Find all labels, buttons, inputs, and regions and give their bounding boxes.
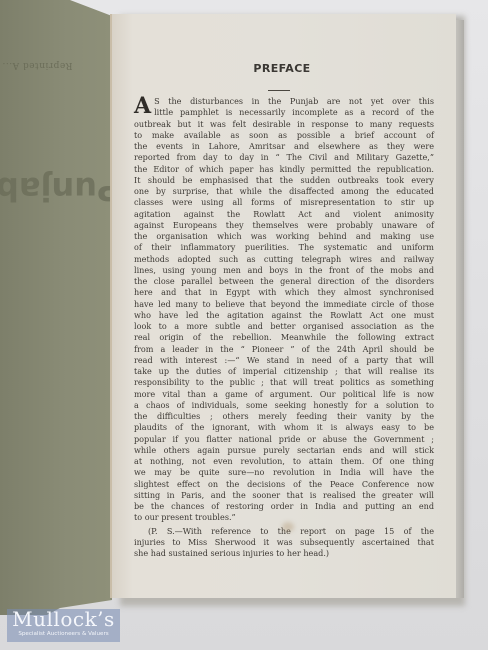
text-line: methods adopted such as cutting telegrap… [134, 254, 434, 265]
text-line: we may be quite sure—no revolution in In… [134, 467, 434, 478]
text-line: classes were using all forms of misrepre… [134, 197, 434, 208]
text-line: little pamphlet is necessarily incomplet… [134, 107, 434, 118]
preface-body: A S the disturbances in the Punjab are n… [134, 96, 434, 559]
auction-watermark: Mullock’s Specialist Auctioneers & Value… [7, 609, 120, 642]
watermark-name: Mullock’s [7, 609, 120, 630]
text-line: here and that in Egypt with which they a… [134, 287, 434, 298]
text-line: one by surprise, that while the disaffec… [134, 186, 434, 197]
text-line: It should be emphasised that the sudden … [134, 175, 434, 186]
text-line: agitation against the Rowlatt Act and vi… [134, 209, 434, 220]
text-line: slightest effect on the decisions of the… [134, 479, 434, 490]
text-line: have led many to believe that beyond the… [134, 299, 434, 310]
preface-lines: S the disturbances in the Punjab are not… [134, 96, 434, 524]
paper-stain [282, 522, 294, 532]
text-line: the difficulties ; others merely feeding… [134, 411, 434, 422]
text-line: the close parallel between the general d… [134, 276, 434, 287]
title-rule [268, 90, 290, 91]
text-line: read with interest :—“ We stand in need … [134, 355, 434, 366]
text-line: injuries to Miss Sherwood it was subsequ… [134, 537, 434, 548]
text-line: while others again pursue purely sectari… [134, 445, 434, 456]
text-line: a chaos of individuals, some seeking hon… [134, 400, 434, 411]
text-line: against Europeans they themselves were p… [134, 220, 434, 231]
text-line: of their inflammatory puerilities. The s… [134, 242, 434, 253]
text-line: look to a more subtle and better organis… [134, 321, 434, 332]
text-line: sitting in Paris, and the sooner that is… [134, 490, 434, 501]
watermark-tagline: Specialist Auctioneers & Valuers [7, 630, 120, 638]
text-line: the organisation which was working behin… [134, 231, 434, 242]
text-line: from a leader in the “ Pioneer ” of the … [134, 344, 434, 355]
cover-label: Reprinted A... [2, 60, 73, 70]
text-line: responsibility to the public ; that will… [134, 377, 434, 388]
text-line: outbreak but it was felt desirable in re… [134, 119, 434, 130]
text-line: take up the duties of imperial citizensh… [134, 366, 434, 377]
text-line: she had sustained serious injuries to he… [134, 548, 434, 559]
text-line: lines, using young men and boys in the f… [134, 265, 434, 276]
text-line: the Editor of which paper has kindly per… [134, 164, 434, 175]
pamphlet-cover [0, 0, 112, 615]
text-line: S the disturbances in the Punjab are not… [134, 96, 434, 107]
text-line: to make available as soon as possible a … [134, 130, 434, 141]
text-line: be the chances of restoring order in Ind… [134, 501, 434, 512]
text-line: the events in Lahore, Amritsar and elsew… [134, 141, 434, 152]
text-line: real origin of the rebellion. Meanwhile … [134, 332, 434, 343]
text-line: plaudits of the ignorant, with whom it i… [134, 422, 434, 433]
text-line: more vital than a game of argument. Our … [134, 389, 434, 400]
drop-cap: A [134, 97, 151, 115]
text-line: popular if you flatter national pride or… [134, 434, 434, 445]
text-line: reported from day to day in “ The Civil … [134, 152, 434, 163]
text-line: who have led the agitation against the R… [134, 310, 434, 321]
page-title: PREFACE [110, 62, 454, 75]
text-line: at nothing, not even revolution, to atta… [134, 456, 434, 467]
cover-title: Punjab [0, 170, 120, 208]
